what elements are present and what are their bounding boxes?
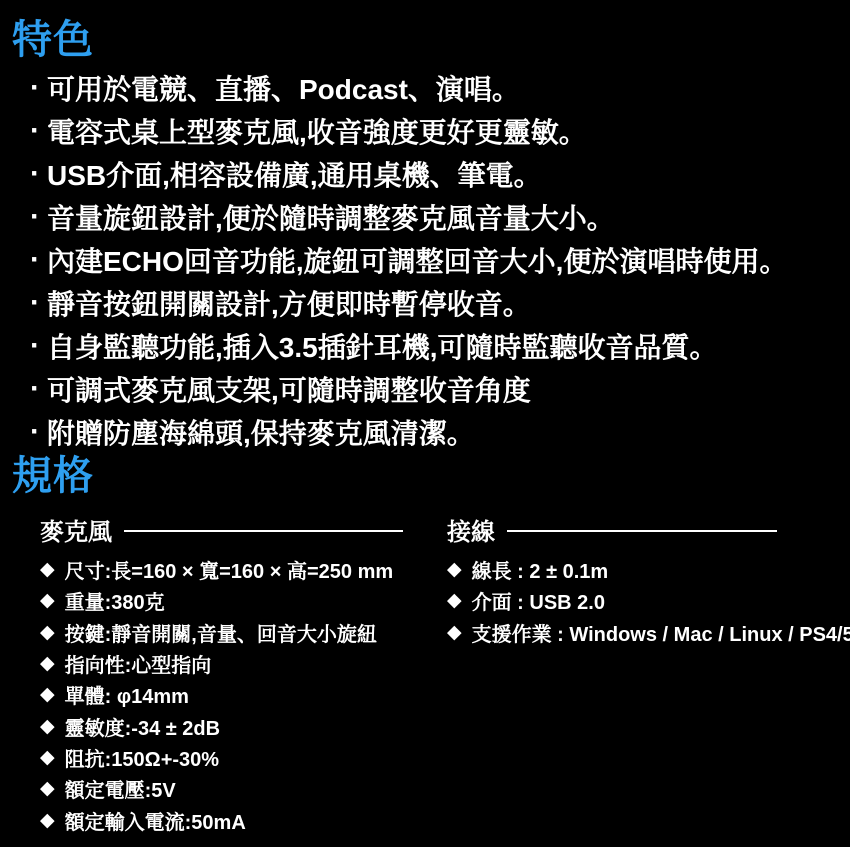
features-section: 特色 · 可用於電競、直播、Podcast、演唱。 · 電容式桌上型麥克風,收音…: [12, 20, 850, 453]
spec-text: 按鍵:靜音開關,音量、回音大小旋紐: [65, 618, 377, 647]
diamond-bullet-icon: ◆: [40, 685, 55, 704]
spec-text: 線長 : 2 ± 0.1m: [472, 555, 609, 584]
feature-text: 可調式麥克風支架,可隨時調整收音角度: [47, 369, 531, 409]
product-description-page: 特色 · 可用於電競、直播、Podcast、演唱。 · 電容式桌上型麥克風,收音…: [0, 0, 850, 847]
diamond-bullet-icon: ◆: [40, 717, 55, 736]
diamond-bullet-icon: ◆: [447, 591, 462, 610]
spec-text: 重量:380克: [65, 586, 165, 615]
spec-text: 阻抗:150Ω+-30%: [65, 743, 219, 772]
feature-item: · USB介面,相容設備廣,通用桌機、筆電。: [12, 152, 850, 195]
spec-item: ◆ 尺寸:長=160 × 寬=160 × 高=250 mm: [40, 554, 415, 585]
bullet-dot-icon: ·: [30, 202, 40, 232]
spec-item: ◆ 指向性:心型指向: [40, 648, 415, 679]
bullet-dot-icon: ·: [30, 331, 40, 361]
feature-text: 靜音按鈕開關設計,方便即時暫停收音。: [47, 283, 531, 323]
spec-column-microphone: 麥克風 ◆ 尺寸:長=160 × 寬=160 × 高=250 mm ◆ 重量:3…: [40, 516, 415, 836]
spec-item: ◆ 介面 : USB 2.0: [447, 585, 847, 616]
features-title: 特色: [12, 20, 850, 60]
spec-text: 額定輸入電流:50mA: [65, 806, 246, 835]
diamond-bullet-icon: ◆: [40, 560, 55, 579]
feature-text: 音量旋鈕設計,便於隨時調整麥克風音量大小。: [47, 197, 615, 237]
spec-column-header: 麥克風: [40, 512, 112, 547]
diamond-bullet-icon: ◆: [40, 748, 55, 767]
diamond-bullet-icon: ◆: [447, 560, 462, 579]
feature-item: · 自身監聽功能,插入3.5插針耳機,可隨時監聽收音品質。: [12, 324, 850, 367]
feature-item: · 附贈防塵海綿頭,保持麥克風清潔。: [12, 410, 850, 453]
features-list: · 可用於電競、直播、Podcast、演唱。 · 電容式桌上型麥克風,收音強度更…: [12, 66, 850, 453]
spec-item: ◆ 額定電壓:5V: [40, 773, 415, 804]
feature-text: 電容式桌上型麥克風,收音強度更好更靈敏。: [47, 111, 587, 151]
feature-text: 附贈防塵海綿頭,保持麥克風清潔。: [47, 412, 475, 452]
spec-text: 靈敏度:-34 ± 2dB: [65, 712, 220, 741]
feature-item: · 靜音按鈕開關設計,方便即時暫停收音。: [12, 281, 850, 324]
spec-item: ◆ 阻抗:150Ω+-30%: [40, 742, 415, 773]
diamond-bullet-icon: ◆: [40, 779, 55, 798]
spec-column-cable: 接線 ◆ 線長 : 2 ± 0.1m ◆ 介面 : USB 2.0 ◆ 支援作業…: [447, 516, 847, 836]
divider-line: [507, 530, 777, 532]
spec-column-header: 接線: [447, 512, 495, 547]
spec-item: ◆ 按鍵:靜音開關,音量、回音大小旋紐: [40, 617, 415, 648]
spec-header-row: 接線: [447, 516, 777, 542]
spec-header-row: 麥克風: [40, 516, 403, 542]
feature-item: · 電容式桌上型麥克風,收音強度更好更靈敏。: [12, 109, 850, 152]
bullet-dot-icon: ·: [30, 159, 40, 189]
feature-text: 內建ECHO回音功能,旋鈕可調整回音大小,便於演唱時使用。: [47, 240, 787, 280]
specs-title: 規格: [12, 456, 850, 496]
diamond-bullet-icon: ◆: [40, 811, 55, 830]
spec-item: ◆ 單體: φ14mm: [40, 679, 415, 710]
spec-item: ◆ 靈敏度:-34 ± 2dB: [40, 710, 415, 741]
spec-text: 額定電壓:5V: [65, 774, 176, 803]
feature-item: · 可調式麥克風支架,可隨時調整收音角度: [12, 367, 850, 410]
diamond-bullet-icon: ◆: [40, 591, 55, 610]
feature-text: 自身監聽功能,插入3.5插針耳機,可隨時監聽收音品質。: [47, 326, 718, 366]
bullet-dot-icon: ·: [30, 245, 40, 275]
specs-section: 規格 麥克風 ◆ 尺寸:長=160 × 寬=160 × 高=250 mm ◆ 重…: [12, 456, 850, 836]
spec-item: ◆ 支援作業 : Windows / Mac / Linux / PS4/5: [447, 617, 847, 648]
spec-columns: 麥克風 ◆ 尺寸:長=160 × 寬=160 × 高=250 mm ◆ 重量:3…: [12, 516, 850, 836]
spec-item: ◆ 線長 : 2 ± 0.1m: [447, 554, 847, 585]
feature-item: · 音量旋鈕設計,便於隨時調整麥克風音量大小。: [12, 195, 850, 238]
spec-text: 尺寸:長=160 × 寬=160 × 高=250 mm: [65, 555, 394, 584]
bullet-dot-icon: ·: [30, 374, 40, 404]
feature-item: · 內建ECHO回音功能,旋鈕可調整回音大小,便於演唱時使用。: [12, 238, 850, 281]
bullet-dot-icon: ·: [30, 116, 40, 146]
diamond-bullet-icon: ◆: [40, 654, 55, 673]
spec-text: 介面 : USB 2.0: [472, 586, 605, 615]
spec-text: 指向性:心型指向: [65, 649, 212, 678]
bullet-dot-icon: ·: [30, 73, 40, 103]
divider-line: [124, 530, 403, 532]
bullet-dot-icon: ·: [30, 417, 40, 447]
spec-text: 支援作業 : Windows / Mac / Linux / PS4/5: [472, 618, 850, 647]
feature-item: · 可用於電競、直播、Podcast、演唱。: [12, 66, 850, 109]
bullet-dot-icon: ·: [30, 288, 40, 318]
spec-text: 單體: φ14mm: [65, 680, 189, 709]
spec-list-microphone: ◆ 尺寸:長=160 × 寬=160 × 高=250 mm ◆ 重量:380克 …: [40, 554, 415, 836]
spec-list-cable: ◆ 線長 : 2 ± 0.1m ◆ 介面 : USB 2.0 ◆ 支援作業 : …: [447, 554, 847, 648]
diamond-bullet-icon: ◆: [447, 623, 462, 642]
diamond-bullet-icon: ◆: [40, 623, 55, 642]
spec-item: ◆ 重量:380克: [40, 585, 415, 616]
feature-text: 可用於電競、直播、Podcast、演唱。: [47, 68, 520, 108]
feature-text: USB介面,相容設備廣,通用桌機、筆電。: [47, 154, 542, 194]
spec-item: ◆ 額定輸入電流:50mA: [40, 804, 415, 835]
